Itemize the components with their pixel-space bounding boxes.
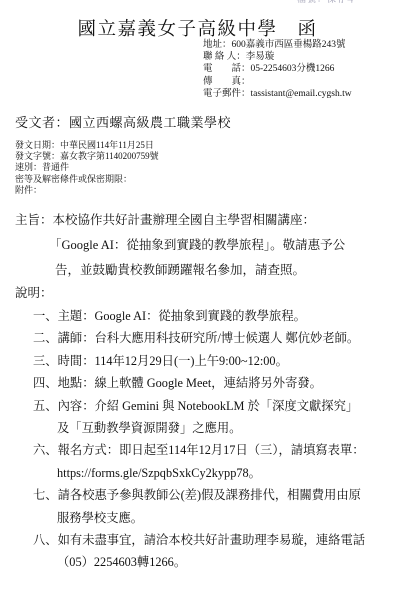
item-first-line: 八、如有未盡事宜，請洽本校共好計畫助理李易璇，連絡電話 bbox=[33, 529, 388, 551]
item-number: 一、 bbox=[33, 309, 58, 323]
item-number: 二、 bbox=[33, 331, 58, 345]
item-text: 講師：台科大應用科技研究所/博士候選人 鄭伉妙老師。 bbox=[58, 331, 360, 345]
recipient-line: 受文者：國立西螺高級農工職業學校 bbox=[15, 112, 231, 131]
item-cont-line-url: https://forms.gle/SzpqbSxkCy2kypp78。 bbox=[33, 462, 388, 484]
meta-speed-class: 速別：普通件 bbox=[15, 162, 159, 173]
item-text: 主題：Google AI：從抽象到實踐的教學旅程。 bbox=[58, 309, 306, 323]
item-first-line: 五、內容：介紹 Gemini 與 NotebookLM 於「深度文獻探究」 bbox=[33, 395, 388, 417]
contact-label: 聯 絡 人： bbox=[203, 52, 246, 62]
item-cont-line: 服務學校支應。 bbox=[33, 507, 388, 529]
explanation-label: 說明： bbox=[15, 283, 53, 301]
item-3: 三、時間：114年12月29日(一)上午9:00~12:00。 bbox=[33, 350, 388, 372]
meta-attachment: 附件： bbox=[15, 185, 159, 196]
phone-label: 電 話： bbox=[203, 64, 251, 74]
fax-label: 傳 真： bbox=[203, 77, 251, 87]
meta-security-class: 密等及解密條件或保密期限： bbox=[15, 174, 159, 185]
item-cont-line: 及「互動教學資源開發」之應用。 bbox=[33, 417, 388, 439]
subject-label: 主旨： bbox=[15, 213, 53, 227]
subject-text: 本校協作共好計畫辦理全國自主學習相關講座： bbox=[53, 213, 316, 227]
address-label: 地址： bbox=[203, 40, 232, 50]
explanation-items: 一、主題：Google AI：從抽象到實踐的教學旅程。 二、講師：台科大應用科技… bbox=[33, 305, 388, 574]
document-title: 國立嘉義女子高級中學 函 bbox=[0, 0, 395, 41]
corner-clipped-note: 檔號：保存年限： bbox=[297, 0, 353, 3]
item-number: 六、 bbox=[33, 443, 58, 457]
subject-cont-line: 告，並鼓勵貴校教師踴躍報名參加，請查照。 bbox=[15, 258, 385, 283]
doc-meta-block: 發文日期：中華民國114年11月25日 發文字號：嘉女教字第1140200759… bbox=[15, 140, 159, 196]
item-cont-line: （05）2254603轉1266。 bbox=[33, 551, 388, 573]
meta-issue-date: 發文日期：中華民國114年11月25日 bbox=[15, 140, 159, 151]
item-2: 二、講師：台科大應用科技研究所/博士候選人 鄭伉妙老師。 bbox=[33, 327, 388, 349]
item-1: 一、主題：Google AI：從抽象到實踐的教學旅程。 bbox=[33, 305, 388, 327]
item-number: 四、 bbox=[33, 376, 58, 390]
item-number: 五、 bbox=[33, 399, 58, 413]
sender-fax-row: 傳 真： bbox=[203, 76, 352, 88]
item-first-line: 二、講師：台科大應用科技研究所/博士候選人 鄭伉妙老師。 bbox=[33, 327, 388, 349]
sender-contact-row: 聯 絡 人：李易璇 bbox=[203, 51, 352, 63]
item-6: 六、報名方式：即日起至114年12月17日（三），請填寫表單： https://… bbox=[33, 439, 388, 484]
item-text: 請各校惠予參與教師公(差)假及課務排代，相關費用由原 bbox=[58, 488, 361, 502]
item-first-line: 三、時間：114年12月29日(一)上午9:00~12:00。 bbox=[33, 350, 388, 372]
item-text: 如有未盡事宜，請洽本校共好計畫助理李易璇，連絡電話 bbox=[58, 533, 365, 547]
item-text: 報名方式：即日起至114年12月17日（三），請填寫表單： bbox=[58, 443, 365, 457]
item-number: 三、 bbox=[33, 354, 58, 368]
item-number: 七、 bbox=[33, 488, 58, 502]
contact-value: 李易璇 bbox=[246, 52, 275, 62]
email-label: 電子郵件： bbox=[203, 89, 251, 99]
phone-value: 05-2254603分機1266 bbox=[251, 64, 335, 74]
sender-email-row: 電子郵件：tassistant@email.cygsh.tw bbox=[203, 88, 352, 100]
sender-phone-row: 電 話：05-2254603分機1266 bbox=[203, 63, 352, 75]
item-first-line: 一、主題：Google AI：從抽象到實踐的教學旅程。 bbox=[33, 305, 388, 327]
meta-doc-number: 發文字號：嘉女教字第1140200759號 bbox=[15, 151, 159, 162]
subject-cont-line: 「Google AI：從抽象到實踐的教學旅程」。敬請惠予公 bbox=[15, 233, 385, 258]
item-4: 四、地點：線上軟體 Google Meet，連結將另外寄發。 bbox=[33, 372, 388, 394]
subject-block: 主旨：本校協作共好計畫辦理全國自主學習相關講座： 「Google AI：從抽象到… bbox=[15, 208, 385, 283]
subject-first-line: 主旨：本校協作共好計畫辦理全國自主學習相關講座： bbox=[15, 208, 385, 233]
item-7: 七、請各校惠予參與教師公(差)假及課務排代，相關費用由原 服務學校支應。 bbox=[33, 484, 388, 529]
sender-address-row: 地址：600嘉義市西區垂楊路243號 bbox=[203, 39, 352, 51]
item-text: 地點：線上軟體 Google Meet，連結將另外寄發。 bbox=[58, 376, 322, 390]
item-first-line: 七、請各校惠予參與教師公(差)假及課務排代，相關費用由原 bbox=[33, 484, 388, 506]
item-first-line: 六、報名方式：即日起至114年12月17日（三），請填寫表單： bbox=[33, 439, 388, 461]
corner-note-text: 檔號：保存年限： bbox=[297, 0, 353, 3]
item-5: 五、內容：介紹 Gemini 與 NotebookLM 於「深度文獻探究」 及「… bbox=[33, 395, 388, 440]
official-letter-page: 檔號：保存年限： 國立嘉義女子高級中學 函 地址：600嘉義市西區垂楊路243號… bbox=[0, 0, 395, 592]
item-8: 八、如有未盡事宜，請洽本校共好計畫助理李易璇，連絡電話 （05）2254603轉… bbox=[33, 529, 388, 574]
item-text: 時間：114年12月29日(一)上午9:00~12:00。 bbox=[58, 354, 288, 368]
sender-contact-block: 地址：600嘉義市西區垂楊路243號 聯 絡 人：李易璇 電 話：05-2254… bbox=[203, 39, 352, 100]
email-value: tassistant@email.cygsh.tw bbox=[251, 89, 352, 99]
item-text: 內容：介紹 Gemini 與 NotebookLM 於「深度文獻探究」 bbox=[58, 399, 359, 413]
item-first-line: 四、地點：線上軟體 Google Meet，連結將另外寄發。 bbox=[33, 372, 388, 394]
item-number: 八、 bbox=[33, 533, 58, 547]
address-value: 600嘉義市西區垂楊路243號 bbox=[232, 40, 346, 50]
